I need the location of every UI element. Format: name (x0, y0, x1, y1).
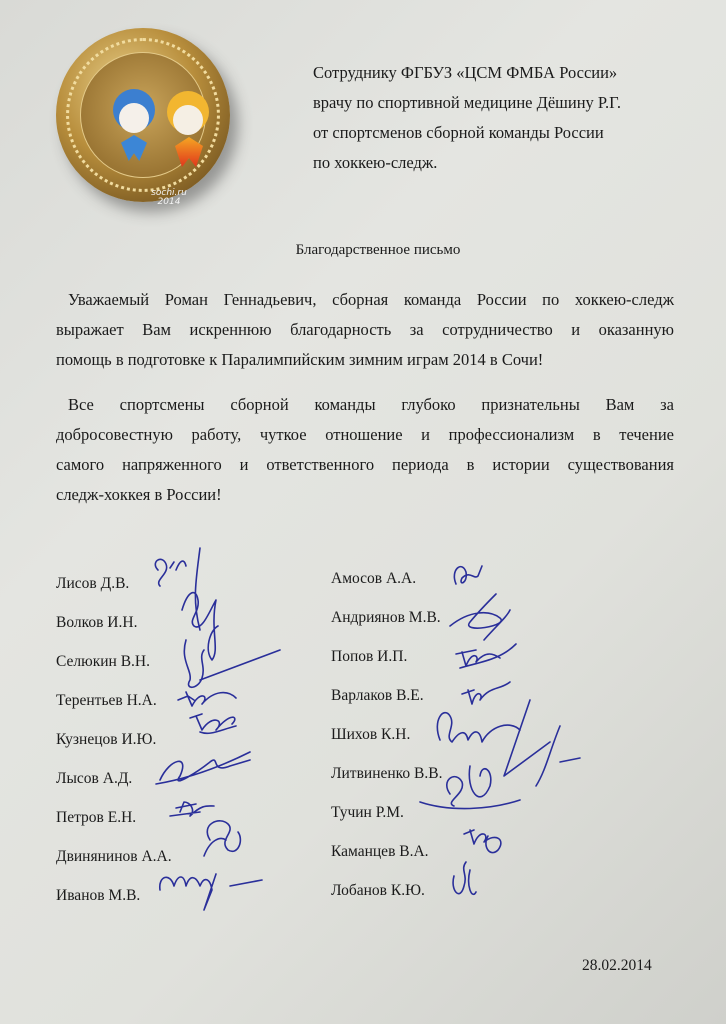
snowflake-mascot-icon (119, 103, 149, 133)
signatory-name: Литвиненко В.В. (331, 765, 442, 783)
signatory-name: Тучин Р.М. (331, 804, 404, 822)
paragraph-line: добросовестную работу, чуткое отношение … (56, 420, 674, 450)
paragraph-line: Уважаемый Роман Геннадьевич, сборная ком… (56, 285, 674, 315)
medal-face: sochi.ru 2014 (80, 52, 206, 178)
handwritten-signatures-right (410, 530, 590, 910)
medal-caption: sochi.ru 2014 (139, 189, 199, 207)
signatory-name: Петров Е.Н. (56, 809, 136, 827)
addressee-block: Сотруднику ФГБУЗ «ЦСМ ФМБА России» врачу… (313, 58, 621, 178)
signatory-name: Лысов А.Д. (56, 770, 132, 788)
snowflake-mascot-body (121, 135, 147, 161)
signatory-name: Попов И.П. (331, 648, 407, 666)
signatory-name: Андриянов М.В. (331, 609, 441, 627)
ray-mascot-icon (173, 105, 203, 135)
signatory-name: Каманцев В.А. (331, 843, 429, 861)
signatory-name: Варлаков В.Е. (331, 687, 424, 705)
letter-title: Благодарственное письмо (0, 242, 726, 259)
addressee-line: от спортсменов сборной команды России (313, 118, 621, 148)
letter-paragraph-1: Уважаемый Роман Геннадьевич, сборная ком… (56, 285, 674, 375)
signatory-name: Лисов Д.В. (56, 575, 129, 593)
signatory-name: Лобанов К.Ю. (331, 882, 425, 900)
addressee-line: врачу по спортивной медицине Дёшину Р.Г. (313, 88, 621, 118)
paragraph-line: Все спортсмены сборной команды глубоко п… (56, 390, 674, 420)
signatory-name: Селюкин В.Н. (56, 653, 150, 671)
addressee-line: по хоккею-следж. (313, 148, 621, 178)
signatory-name: Шихов К.Н. (331, 726, 410, 744)
paragraph-line: самого напряженного и ответственного пер… (56, 450, 674, 480)
signatory-name: Амосов А.А. (331, 570, 416, 588)
letter-date: 28.02.2014 (582, 957, 652, 975)
medal-caption-year: 2014 (139, 198, 199, 207)
signatory-name: Кузнецов И.Ю. (56, 731, 156, 749)
letter-paragraph-2: Все спортсмены сборной команды глубоко п… (56, 390, 674, 510)
letter-page: sochi.ru 2014 Сотруднику ФГБУЗ «ЦСМ ФМБА… (0, 0, 726, 1024)
sochi-2014-medal-image: sochi.ru 2014 (56, 28, 230, 202)
paragraph-line: выражает Вам искреннюю благодарность за … (56, 315, 674, 345)
paragraph-line: помощь в подготовке к Паралимпийским зим… (56, 345, 674, 375)
signatory-name: Иванов М.В. (56, 887, 140, 905)
signatory-name: Волков И.Н. (56, 614, 137, 632)
paragraph-line: следж-хоккея в России! (56, 480, 674, 510)
addressee-line: Сотруднику ФГБУЗ «ЦСМ ФМБА России» (313, 58, 621, 88)
signatory-name: Двинянинов А.А. (56, 848, 172, 866)
signatory-name: Терентьев Н.А. (56, 692, 157, 710)
